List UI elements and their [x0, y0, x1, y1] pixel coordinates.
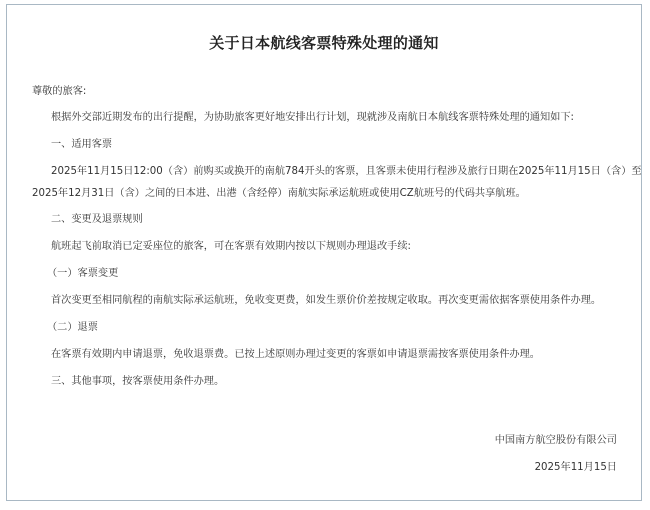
salutation: 尊敬的旅客:: [32, 85, 86, 99]
subsection-change-heading: （一）客票变更: [47, 267, 118, 281]
signature-company: 中国南方航空股份有限公司: [495, 434, 617, 448]
section-2-body: 航班起飞前取消已定妥座位的旅客，可在客票有效期内按以下规则办理退改手续:: [51, 240, 411, 254]
subsection-refund-body: 在客票有效期内申请退票，免收退票费。已按上述原则办理过变更的客票如申请退票需按客…: [51, 348, 540, 362]
section-1-body-line2: 2025年12月31日（含）之间的日本进、出港（含经停）南航实际承运航班或使用C…: [32, 187, 526, 201]
intro-paragraph: 根据外交部近期发布的出行提醒，为协助旅客更好地安排出行计划，现就涉及南航日本航线…: [51, 111, 574, 125]
subsection-refund-heading: （二）退票: [47, 321, 98, 335]
section-2-heading: 二、变更及退票规则: [51, 213, 143, 227]
section-3-heading: 三、其他事项，按客票使用条件办理。: [51, 375, 224, 389]
notice-frame: 关于日本航线客票特殊处理的通知 尊敬的旅客: 根据外交部近期发布的出行提醒，为协…: [6, 4, 642, 501]
subsection-change-body: 首次变更至相同航程的南航实际承运航班，免收变更费，如发生票价价差按规定收取。再次…: [51, 294, 601, 308]
section-1-heading: 一、适用客票: [51, 138, 112, 152]
section-1-body-line1: 2025年11月15日12:00（含）前购买或换开的南航784开头的客票，且客票…: [51, 165, 642, 179]
notice-title: 关于日本航线客票特殊处理的通知: [7, 32, 641, 53]
signature-date: 2025年11月15日: [535, 461, 617, 475]
